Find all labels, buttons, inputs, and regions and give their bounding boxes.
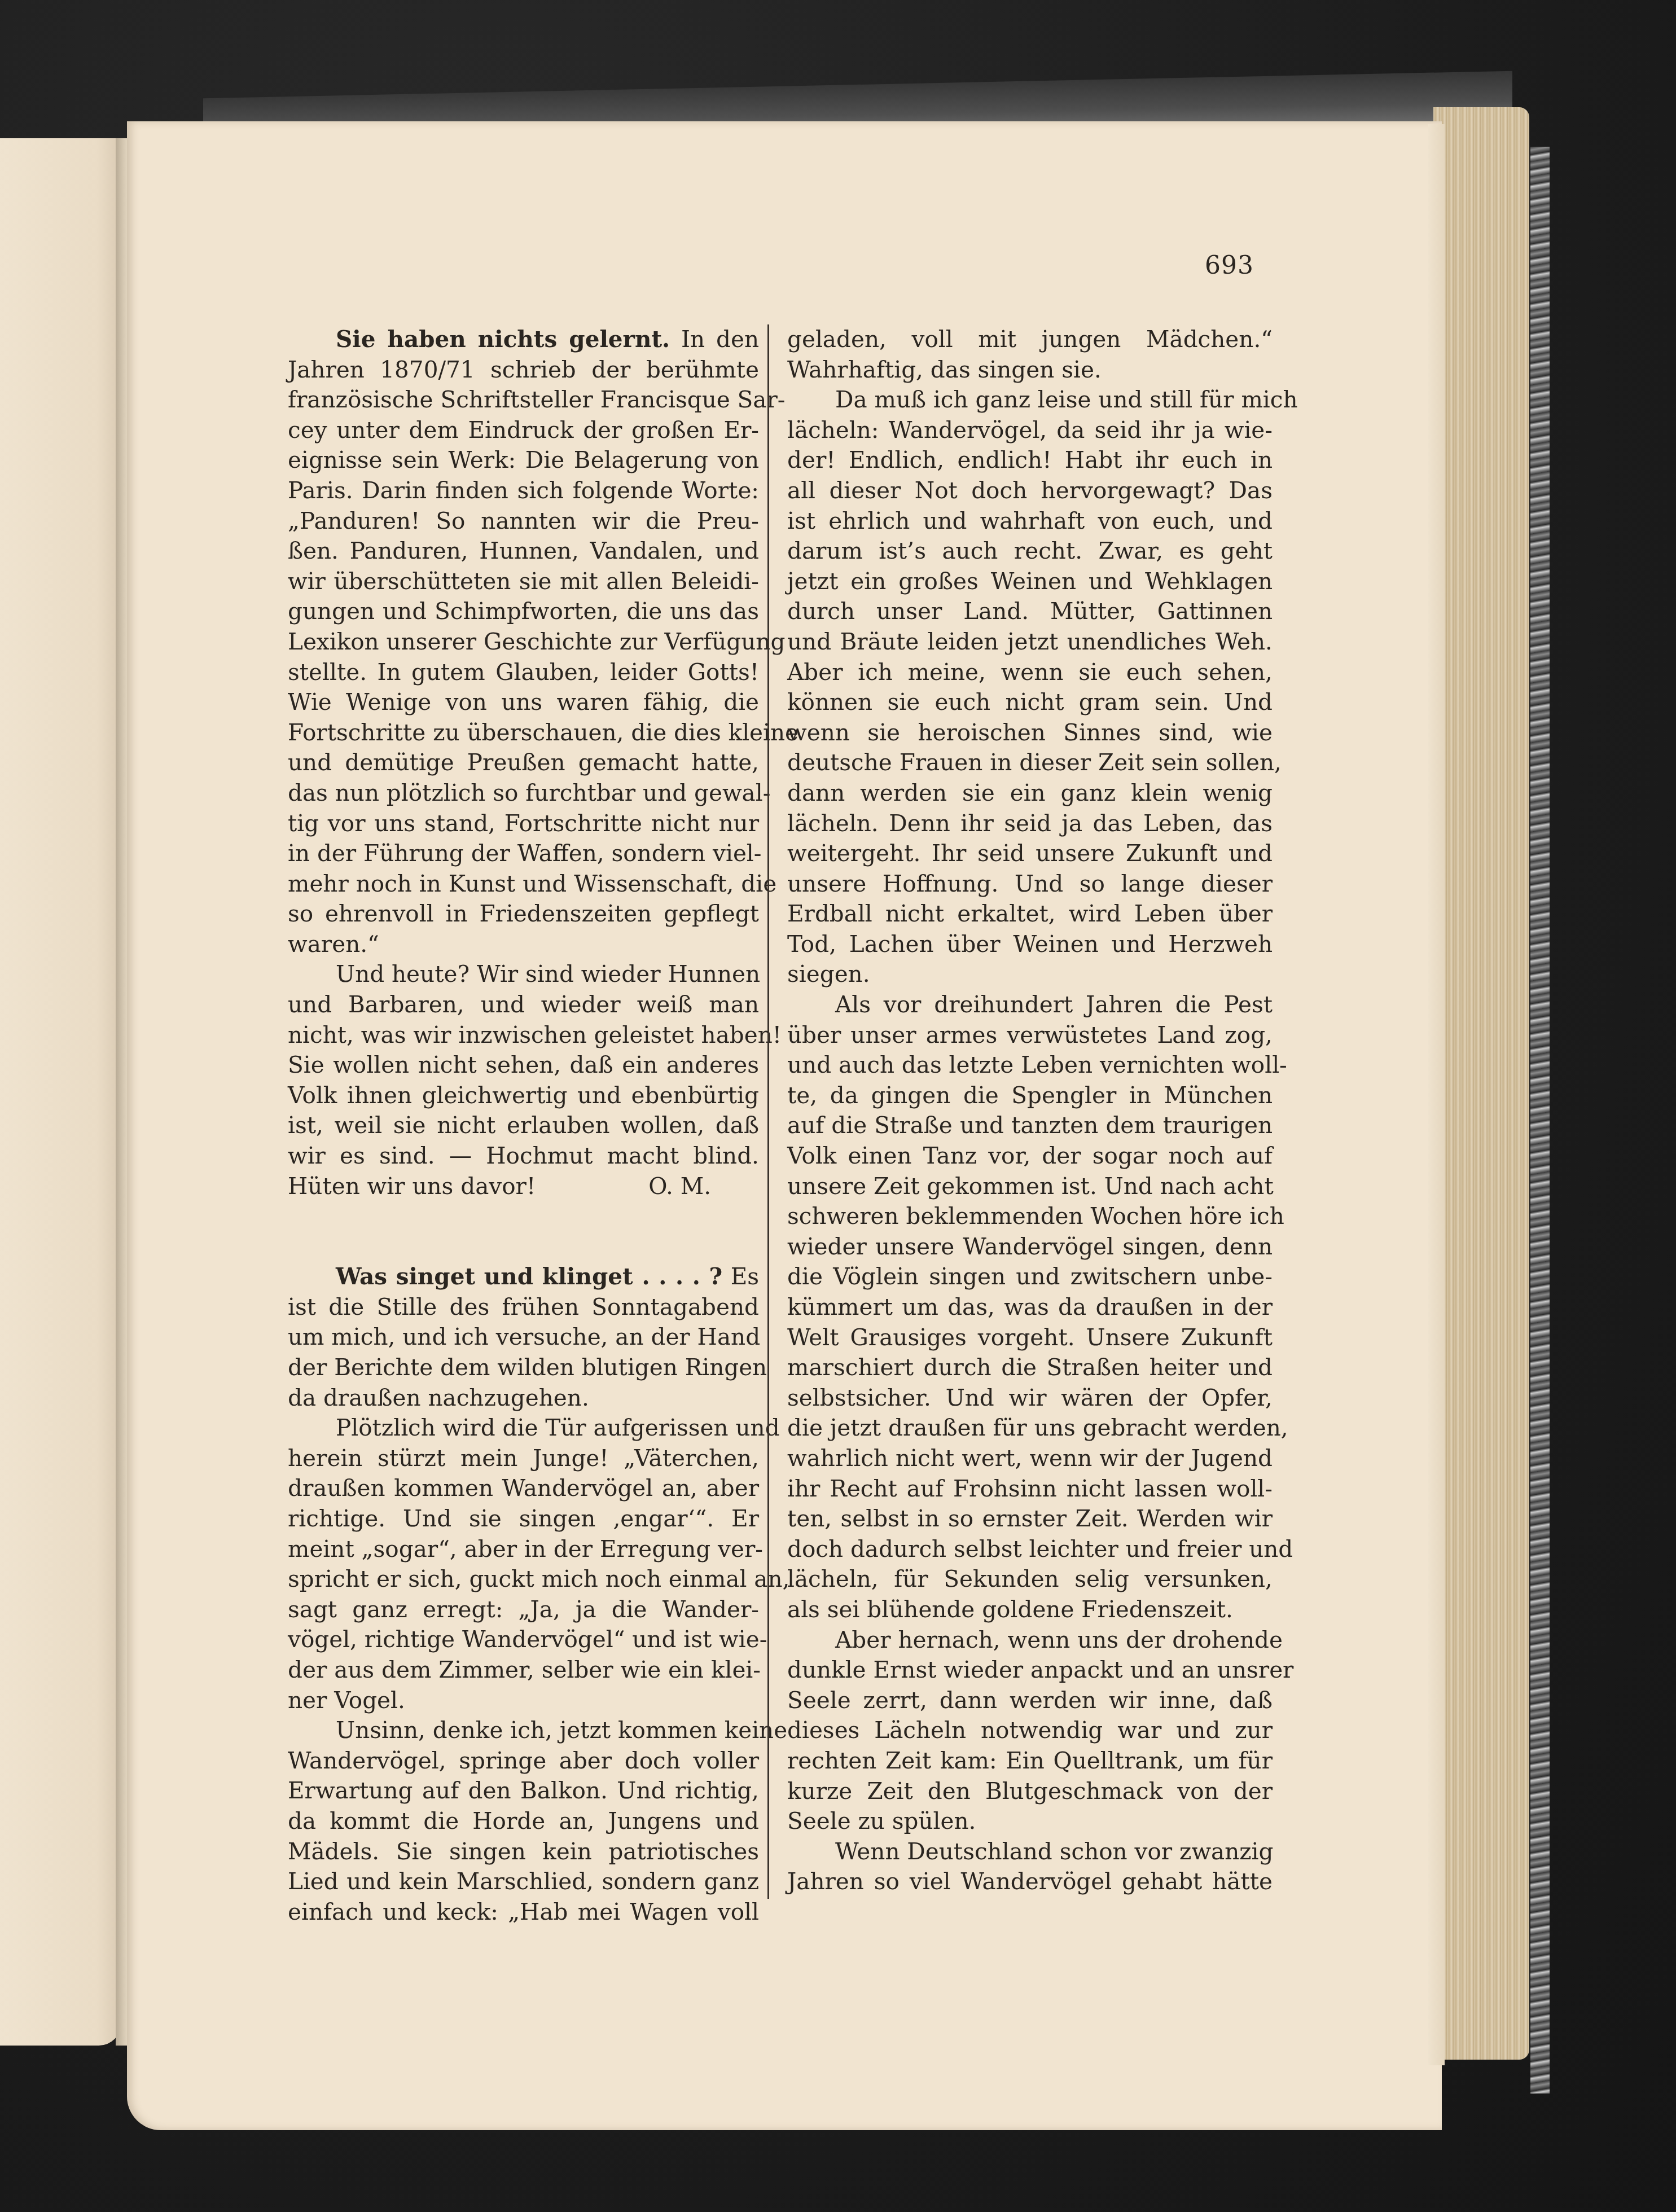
text-line: doch dadurch selbst leichter und freier … bbox=[787, 1534, 1273, 1565]
text-line: da kommt die Horde an, Jungens und bbox=[288, 1806, 759, 1837]
text-line: unsere Zeit gekommen ist. Und nach acht bbox=[787, 1171, 1273, 1202]
left-page-edge bbox=[0, 138, 121, 2046]
text-line: lächeln: Wandervögel, da seid ihr ja wie… bbox=[787, 415, 1273, 446]
text-line: Tod, Lachen über Weinen und Herzweh bbox=[787, 929, 1273, 960]
text-line: „Panduren! So nannten wir die Preu- bbox=[288, 506, 759, 537]
marbled-cover-edge bbox=[1530, 147, 1550, 2093]
text-line: all dieser Not doch hervorgewagt? Das bbox=[787, 476, 1273, 506]
article-separator bbox=[288, 1201, 759, 1262]
text-line: unsere Hoffnung. Und so lange dieser bbox=[787, 869, 1273, 899]
text-line: Erdball nicht erkaltet, wird Leben über bbox=[787, 899, 1273, 929]
text-line: Unsinn, denke ich, jetzt kommen keine bbox=[288, 1715, 759, 1746]
text-line: Sie haben nichts gelernt. In den bbox=[288, 324, 759, 355]
text-line: selbstsicher. Und wir wären der Opfer, bbox=[787, 1383, 1273, 1414]
column-divider bbox=[767, 324, 769, 1899]
text-line: und Barbaren, und wieder weiß man bbox=[288, 990, 759, 1020]
text-line: Aber ich meine, wenn sie euch sehen, bbox=[787, 657, 1273, 688]
text-line: der! Endlich, endlich! Habt ihr euch in bbox=[787, 445, 1273, 476]
text-line: französische Schriftsteller Francisque S… bbox=[288, 385, 759, 415]
text-line: dann werden sie ein ganz klein wenig bbox=[787, 778, 1273, 809]
page-number: 693 bbox=[1205, 251, 1254, 280]
text-line: marschiert durch die Straßen heiter und bbox=[787, 1353, 1273, 1383]
text-line: ihr Recht auf Frohsinn nicht lassen woll… bbox=[787, 1474, 1273, 1504]
text-line: die Vöglein singen und zwitschern unbe- bbox=[787, 1262, 1273, 1292]
text-line: und Bräute leiden jetzt unendliches Weh. bbox=[787, 627, 1273, 657]
text-line: deutsche Frauen in dieser Zeit sein soll… bbox=[787, 748, 1273, 778]
text-line: Jahren so viel Wandervögel gehabt hätte bbox=[787, 1867, 1273, 1897]
text-line: da draußen nachzugehen. bbox=[288, 1383, 759, 1414]
text-line: Und heute? Wir sind wieder Hunnen bbox=[288, 959, 759, 990]
text-line: wahrlich nicht wert, wenn wir der Jugend bbox=[787, 1443, 1273, 1474]
text-line: nicht, was wir inzwischen geleistet habe… bbox=[288, 1020, 759, 1051]
text-line: weitergeht. Ihr seid unsere Zukunft und bbox=[787, 839, 1273, 869]
text-line: so ehrenvoll in Friedenszeiten gepflegt bbox=[288, 899, 759, 929]
text-line: Aber hernach, wenn uns der drohende bbox=[787, 1625, 1273, 1656]
text-line: Wie Wenige von uns waren fähig, die bbox=[288, 687, 759, 718]
text-line: sagt ganz erregt: „Ja, ja die Wander- bbox=[288, 1595, 759, 1625]
text-line: kurze Zeit den Blutgeschmack von der bbox=[787, 1776, 1273, 1807]
text-line: ist die Stille des frühen Sonntagabend bbox=[288, 1292, 759, 1323]
text-line: wieder unsere Wandervögel singen, denn bbox=[787, 1232, 1273, 1262]
text-line: Lied und kein Marschlied, sondern ganz bbox=[288, 1867, 759, 1897]
text-line: Volk ihnen gleichwertig und ebenbürtig bbox=[288, 1081, 759, 1111]
text-line: Fortschritte zu überschauen, die dies kl… bbox=[288, 718, 759, 748]
text-line: Volk einen Tanz vor, der sogar noch auf bbox=[787, 1141, 1273, 1171]
author-signature: O. M. bbox=[648, 1171, 711, 1202]
text-line: jetzt ein großes Weinen und Wehklagen bbox=[787, 567, 1273, 597]
text-line: auf die Straße und tanzten dem traurigen bbox=[787, 1111, 1273, 1141]
text-line: ten, selbst in so ernster Zeit. Werden w… bbox=[787, 1504, 1273, 1534]
text-line: darum ist’s auch recht. Zwar, es geht bbox=[787, 536, 1273, 567]
text-line: Da muß ich ganz leise und still für mich bbox=[787, 385, 1273, 415]
text-line: die jetzt draußen für uns gebracht werde… bbox=[787, 1413, 1273, 1443]
text-line: der Berichte dem wilden blutigen Ringen bbox=[288, 1353, 759, 1383]
text-line: geladen, voll mit jungen Mädchen.“ bbox=[787, 324, 1273, 355]
text-line: einfach und keck: „Hab mei Wagen voll bbox=[288, 1897, 759, 1928]
text-line: können sie euch nicht gram sein. Und bbox=[787, 687, 1273, 718]
text-line: spricht er sich, guckt mich noch einmal … bbox=[288, 1564, 759, 1595]
text-line: ner Vogel. bbox=[288, 1686, 759, 1716]
text-line: Seele zerrt, dann werden wir inne, daß bbox=[787, 1686, 1273, 1716]
text-line: Welt Grausiges vorgeht. Unsere Zukunft bbox=[787, 1323, 1273, 1353]
text-line: Wandervögel, springe aber doch voller bbox=[288, 1746, 759, 1776]
text-line: Jahren 1870/71 schrieb der berühmte bbox=[288, 355, 759, 385]
text-line: Sie wollen nicht sehen, daß ein anderes bbox=[288, 1050, 759, 1081]
text-line: richtige. Und sie singen ‚engar‘“. Er bbox=[288, 1504, 759, 1534]
text-line: und demütige Preußen gemacht hatte, bbox=[288, 748, 759, 778]
text-line: gungen und Schimpfworten, die uns das bbox=[288, 596, 759, 627]
text-line: waren.“ bbox=[288, 929, 759, 960]
text-line: Wahrhaftig, das singen sie. bbox=[787, 355, 1273, 385]
text-line: als sei blühende goldene Friedenszeit. bbox=[787, 1595, 1273, 1625]
left-column: Sie haben nichts gelernt. In den Jahren … bbox=[288, 324, 759, 1927]
text-line: herein stürzt mein Junge! „Väterchen, bbox=[288, 1443, 759, 1474]
text-line: Als vor dreihundert Jahren die Pest bbox=[787, 990, 1273, 1020]
text-line: das nun plötzlich so furchtbar und gewal… bbox=[288, 778, 759, 809]
text-line: eignisse sein Werk: Die Belagerung von bbox=[288, 445, 759, 476]
text-line: über unser armes verwüstetes Land zog, bbox=[787, 1020, 1273, 1051]
text-line: lächeln. Denn ihr seid ja das Leben, das bbox=[787, 809, 1273, 839]
text-line: tig vor uns stand, Fortschritte nicht nu… bbox=[288, 809, 759, 839]
text-line: dieses Lächeln notwendig war und zur bbox=[787, 1715, 1273, 1746]
text-line: um mich, und ich versuche, an der Hand bbox=[288, 1322, 759, 1353]
text-line: mehr noch in Kunst und Wissenschaft, die bbox=[288, 869, 759, 899]
page-edge bbox=[1428, 124, 1445, 2065]
text-line: Wenn Deutschland schon vor zwanzig bbox=[787, 1837, 1273, 1867]
text-line: Lexikon unserer Geschichte zur Verfügung bbox=[288, 627, 759, 657]
text-line: schweren beklemmenden Wochen höre ich bbox=[787, 1201, 1273, 1232]
text-line: wir überschütteten sie mit allen Beleidi… bbox=[288, 567, 759, 597]
text-line: durch unser Land. Mütter, Gattinnen bbox=[787, 596, 1273, 627]
text-line: Was singet und klinget . . . . ? Es bbox=[288, 1262, 759, 1292]
text-line: kümmert um das, was da draußen in der bbox=[787, 1292, 1273, 1323]
text-line: cey unter dem Eindruck der großen Er- bbox=[288, 415, 759, 446]
text-line: ßen. Panduren, Hunnen, Vandalen, und bbox=[288, 536, 759, 567]
text-line: rechten Zeit kam: Ein Quelltrank, um für bbox=[787, 1746, 1273, 1776]
text-line: Plötzlich wird die Tür aufgerissen und bbox=[288, 1413, 759, 1443]
text-line: in der Führung der Waffen, sondern viel- bbox=[288, 839, 759, 869]
text-line: vögel, richtige Wandervögel“ und ist wie… bbox=[288, 1625, 759, 1655]
article-heading: Sie haben nichts gelernt. bbox=[336, 326, 670, 353]
text-line: siegen. bbox=[787, 959, 1273, 990]
text-line: Seele zu spülen. bbox=[787, 1806, 1273, 1837]
text-line: der aus dem Zimmer, selber wie ein klei- bbox=[288, 1655, 759, 1686]
text-line: stellte. In gutem Glauben, leider Gotts! bbox=[288, 657, 759, 688]
page-block-edges bbox=[1433, 107, 1529, 2060]
right-column: geladen, voll mit jungen Mädchen.“ Wahrh… bbox=[787, 324, 1273, 1897]
text-line: meint „sogar“, aber in der Erregung ver- bbox=[288, 1534, 759, 1565]
text-line: lächeln, für Sekunden selig versunken, bbox=[787, 1564, 1273, 1595]
text-line: wenn sie heroischen Sinnes sind, wie bbox=[787, 718, 1273, 748]
text-line: dunkle Ernst wieder anpackt und an unsre… bbox=[787, 1655, 1273, 1686]
article-heading: Was singet und klinget . . . . ? bbox=[336, 1263, 722, 1290]
text-line: te, da gingen die Spengler in München bbox=[787, 1081, 1273, 1111]
text-line: ist ehrlich und wahrhaft von euch, und bbox=[787, 506, 1273, 537]
text-line: und auch das letzte Leben vernichten wol… bbox=[787, 1050, 1273, 1081]
text-line: Hüten wir uns davor!O. M. bbox=[288, 1171, 759, 1202]
text-line: ist, weil sie nicht erlauben wollen, daß bbox=[288, 1111, 759, 1141]
text-line: draußen kommen Wandervögel an, aber bbox=[288, 1473, 759, 1504]
text-line: wir es sind. — Hochmut macht blind. bbox=[288, 1141, 759, 1171]
text-line: Mädels. Sie singen kein patriotisches bbox=[288, 1837, 759, 1867]
text-line: Paris. Darin finden sich folgende Worte: bbox=[288, 476, 759, 506]
text-line: Erwartung auf den Balkon. Und richtig, bbox=[288, 1776, 759, 1806]
